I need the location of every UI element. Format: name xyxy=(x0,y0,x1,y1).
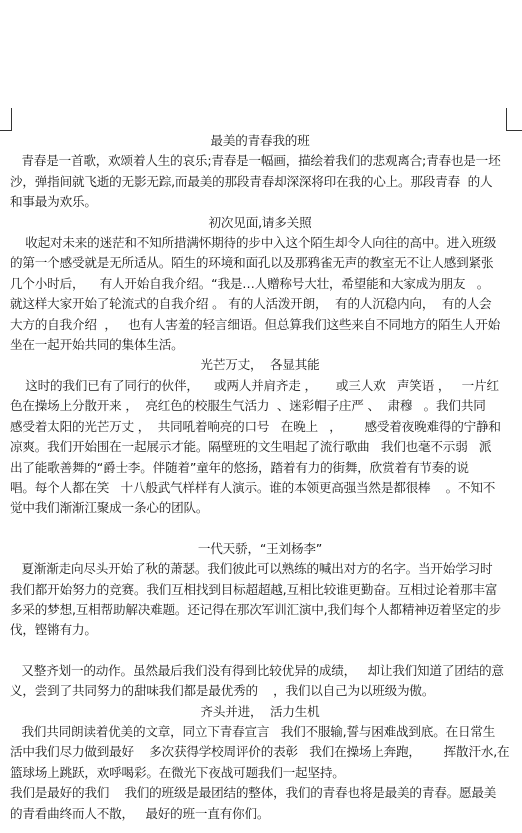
text-line: 收起对未来的迷茫和不知所措满怀期待的步中入这个陌生却令人向往的高中。进入班级 xyxy=(10,233,510,253)
text-line: 感受着太阳的光芒万丈 ， 共同吼着响亮的口号 在晚上 ， 感受着夜晚难得的宁静和 xyxy=(10,417,510,437)
text-line: 色在操场上分散开来 ， 亮红色的校服生气活力 、迷彩帽子庄严 、 肃穆 。我们共… xyxy=(10,396,510,416)
text-line: 活中我们尽力做到最好 多次获得学校周评价的表彰 我们在操场上奔跑， 挥散汗水,在 xyxy=(10,742,510,762)
text-line: 的青看曲终而人不散， 最好的班一直有你们。 xyxy=(10,804,510,824)
text-line: 的第一个感受就是无所适从。陌生的环境和面孔以及那鸦雀无声的教室无不让人感到紧张 xyxy=(10,253,510,273)
text-line: 这时的我们已有了同行的伙伴， 或两人并肩齐走 ， 或三人欢 声笑语 ， 一片红 xyxy=(10,376,510,396)
crop-mark-right xyxy=(506,108,522,131)
text-line: 大方的自我介绍 ， 也有人害羞的轻言细语。但总算我们这些来自不同地方的陌生人开始 xyxy=(10,315,510,335)
section-body: 夏渐渐走向尽头开始了秋的萧瑟。我们彼此可以熟练的喊出对方的名字。当开始学习时 我… xyxy=(10,559,510,701)
text-line: 坐在一起开始共同的集体生活。 xyxy=(10,335,510,355)
text-line: 我们是最好的我们 我们的班级是最团结的整体，我们的青春也将是最美的青春。愿最美 xyxy=(10,783,510,803)
text-line: 觉中我们渐渐江聚成一条心的团队。 xyxy=(10,498,510,518)
text-line: 夏渐渐走向尽头开始了秋的萧瑟。我们彼此可以熟练的喊出对方的名字。当开始学习时 xyxy=(10,559,510,579)
text-line: 沙，弹指间就飞逝的无影无踪,而最美的那段青春却深深将印在我的心上。那段青春 的人 xyxy=(10,172,510,192)
section-body: 我们共同朗读着优美的文章，同立下青春宣言 我们不服输,誓与困难战到底。在日常生 … xyxy=(10,722,510,824)
blank-line xyxy=(10,641,510,661)
text-line: 就这样大家开始了轮流式的自我介绍 。 有的人活泼开朗， 有的人沉稳内向， 有的人… xyxy=(10,294,510,314)
blank-line xyxy=(10,519,510,539)
text-line: 青春是一首歌，欢颂着人生的哀乐;青春是一幅画，描绘着我们的悲观离合;青春也是一坯 xyxy=(10,151,510,171)
section-body: 这时的我们已有了同行的伙伴， 或两人并肩齐走 ， 或三人欢 声笑语 ， 一片红 … xyxy=(10,376,510,519)
text-line: 和事最为欢乐。 xyxy=(10,192,510,212)
text-line: 唱。每个人都在笑 十八般武气样样有人演示。谁的本领更高强当然是都很棒 。不知不 xyxy=(10,478,510,498)
text-line: 伐，铿锵有力。 xyxy=(10,620,510,640)
crop-mark-left xyxy=(0,108,12,131)
text-line: 几个小时后， 有人开始自我介绍。“我是…人赠称号大壮，希望能和大家成为朋友 。 xyxy=(10,274,510,294)
document-page: 最美的青春我的班 青春是一首歌，欢颂着人生的哀乐;青春是一幅画，描绘着我们的悲观… xyxy=(10,131,510,824)
text-line: 又整齐划一的动作。虽然最后我们没有得到比较优异的成绩， 却让我们知道了团结的意 xyxy=(10,661,510,681)
intro-paragraph: 青春是一首歌，欢颂着人生的哀乐;青春是一幅画，描绘着我们的悲观离合;青春也是一坯… xyxy=(10,151,510,212)
text-line: 我们共同朗读着优美的文章，同立下青春宣言 我们不服输,誓与困难战到底。在日常生 xyxy=(10,722,510,742)
text-line: 多采的梦想,互相帮助解决难题。还记得在那次军训汇演中,我们每个人都精神迈着坚定的… xyxy=(10,600,510,620)
section-heading: 初次见面,请多关照 xyxy=(10,213,510,233)
section-body: 收起对未来的迷茫和不知所措满怀期待的步中入这个陌生却令人向往的高中。进入班级 的… xyxy=(10,233,510,355)
text-line: 我们都开始努力的竞赛。我们互相找到目标超超越,互相比较谁更勤奋。互相过论着那丰富 xyxy=(10,580,510,600)
text-line: 义，尝到了共同努力的甜味我们都是最优秀的 ，我们以自己为以班级为傲。 xyxy=(10,681,510,701)
document-title: 最美的青春我的班 xyxy=(10,131,510,151)
text-line: 出了能歌善舞的“爵士李。伴随着”童年的悠扬，踏着有力的街舞，欣赏着有节奏的说 xyxy=(10,458,510,478)
text-line: 凉爽。我们开始围在一起展示才能。隔壁班的文生唱起了流行歌曲 我们也毫不示弱 派 xyxy=(10,437,510,457)
section-heading: 光芒万丈， 各显其能 xyxy=(10,355,510,375)
text-line: 篮球场上跳跃，欢呼喝彩。在微光下夜战可题我们一起坚持。 xyxy=(10,763,510,783)
section-heading: 齐头并进， 活力生机 xyxy=(10,702,510,722)
section-heading: 一代天骄，“王刘杨李” xyxy=(10,539,510,559)
